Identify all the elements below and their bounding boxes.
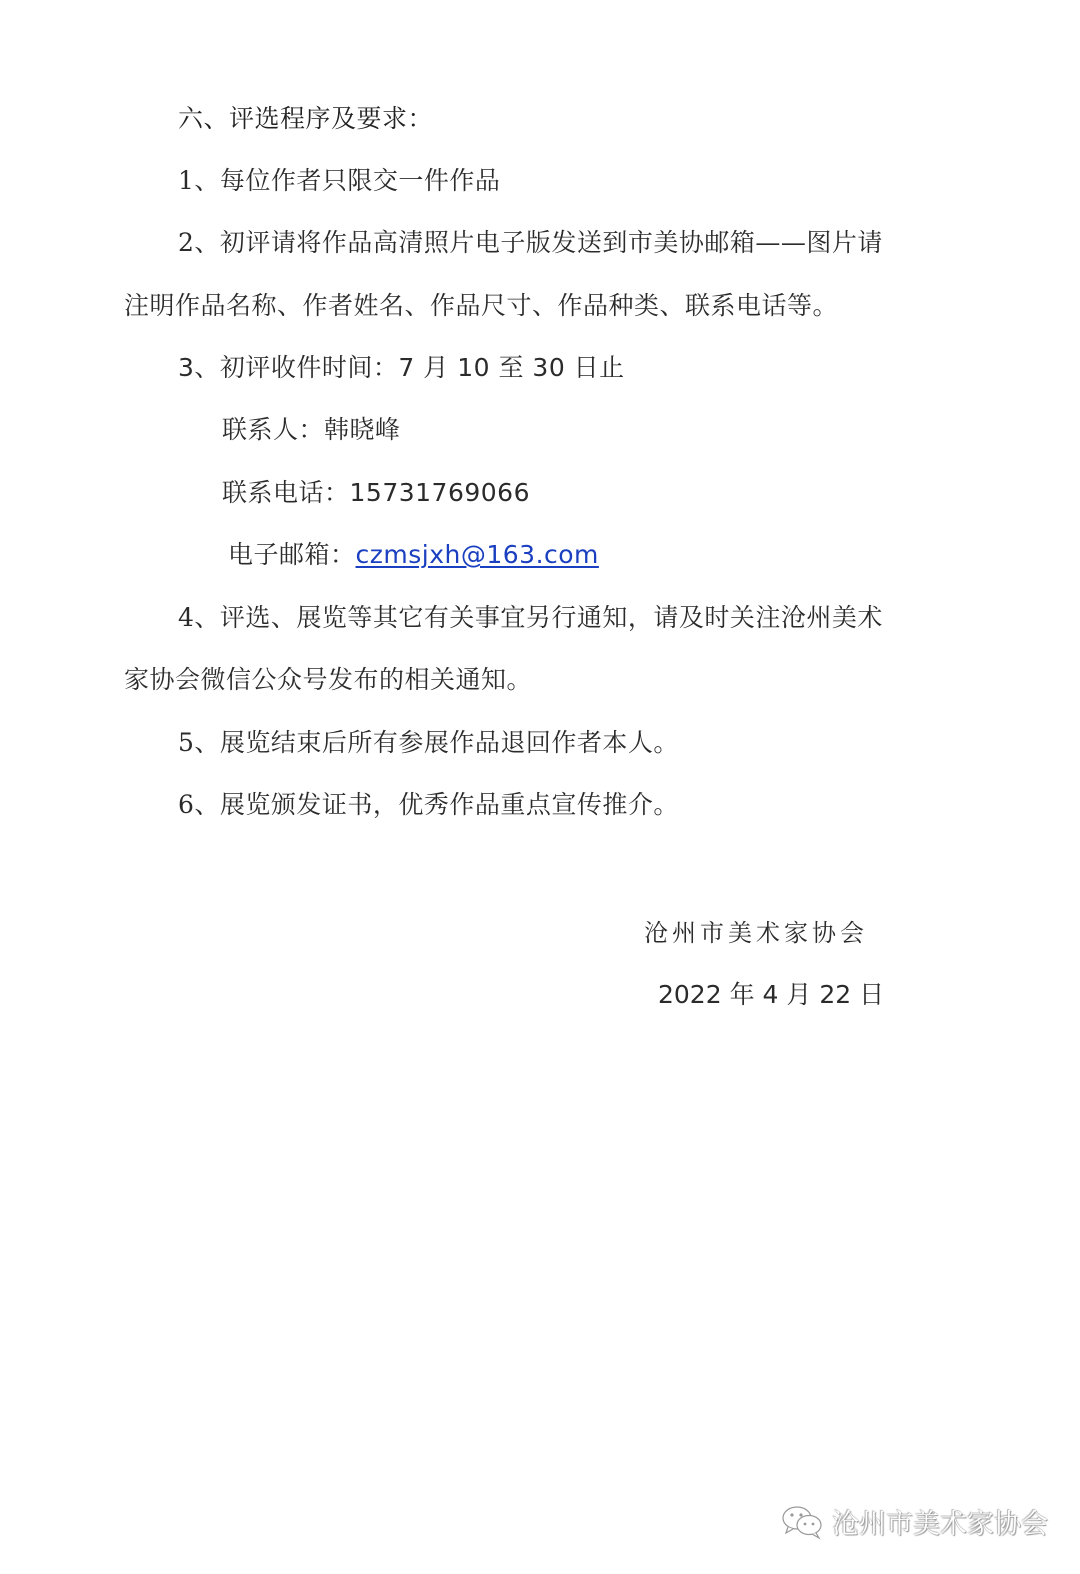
- item-4-line-1: 4、评选、展览等其它有关事宜另行通知，请及时关注沧州美术: [178, 601, 883, 635]
- contact-person-name: 韩晓峰: [324, 415, 401, 444]
- contact-person: 联系人：韩晓峰: [222, 413, 401, 447]
- signature-date: 2022 年 4 月 22 日: [658, 975, 884, 1011]
- item-4-line-2: 家协会微信公众号发布的相关通知。: [124, 663, 532, 697]
- watermark-text: 沧州市美术家协会: [832, 1502, 1048, 1541]
- item-3: 3、初评收件时间：7 月 10 至 30 日止: [178, 351, 625, 385]
- item-5: 5、展览结束后所有参展作品退回作者本人。: [178, 726, 679, 760]
- email-link[interactable]: czmsjxh@163.com: [356, 540, 599, 569]
- contact-person-label: 联系人：: [222, 415, 324, 444]
- wechat-icon: [780, 1504, 826, 1540]
- contact-phone-number: 15731769066: [350, 478, 530, 507]
- contact-phone: 联系电话：15731769066: [222, 476, 530, 510]
- item-1: 1、每位作者只限交一件作品: [178, 164, 500, 198]
- contact-phone-label: 联系电话：: [222, 478, 350, 507]
- contact-email: 电子邮箱：czmsjxh@163.com: [228, 538, 599, 572]
- signature-organization: 沧州市美术家协会: [644, 913, 868, 948]
- item-6: 6、展览颁发证书，优秀作品重点宣传推介。: [178, 788, 679, 822]
- item-2-line-2: 注明作品名称、作者姓名、作品尺寸、作品种类、联系电话等。: [124, 289, 838, 323]
- section-heading: 六、评选程序及要求：: [178, 102, 433, 136]
- contact-email-label: 电子邮箱：: [228, 540, 356, 569]
- item-2-line-1: 2、初评请将作品高清照片电子版发送到市美协邮箱——图片请: [178, 226, 883, 260]
- watermark: 沧州市美术家协会: [780, 1502, 1048, 1541]
